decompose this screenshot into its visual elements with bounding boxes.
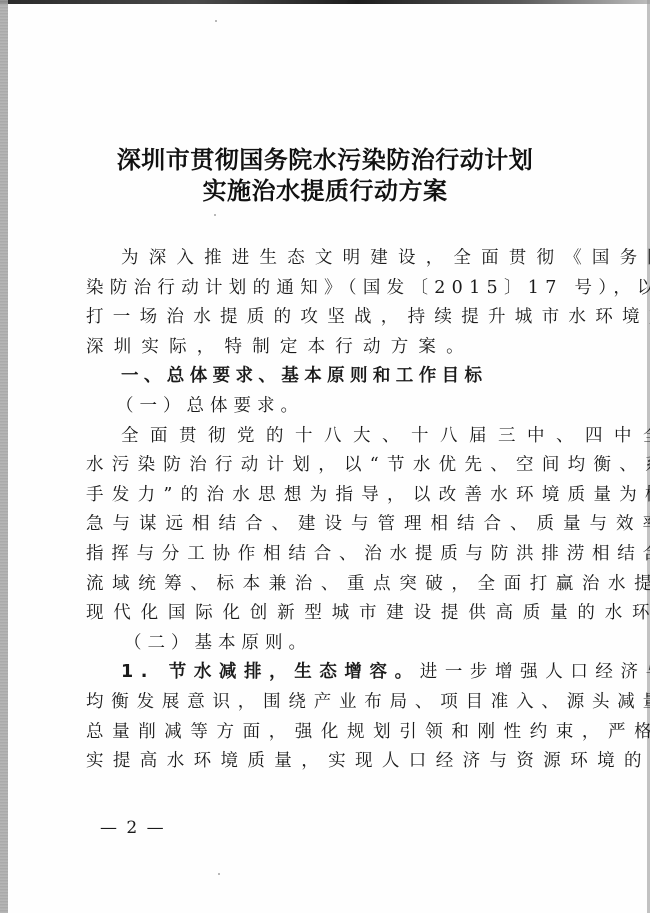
page-number: — 2 — [100, 818, 166, 838]
principle-1-title: 1. 节水减排，生态增容。 [121, 662, 420, 682]
intro-paragraph-line: 打一场治水提质的攻坚战，持续提升城市水环境支撑能力，结合 [86, 303, 564, 333]
subsection-1-paragraph-line: 指挥与分工协作相结合、治水提质与防洪排涝相结合，市区联动、 [86, 540, 564, 570]
intro-paragraph-line: 染防治行动计划的通知》（国发〔2015〕17 号），以超常规举措 [86, 274, 564, 304]
principle-1-line: 均衡发展意识，围绕产业布局、项目准入、源头减量、过程控制、 [86, 688, 564, 718]
principle-1-text: 进一步增强人口经济与资源环境 [420, 662, 650, 682]
subsection-1-paragraph-line: 现代化国际化创新型城市建设提供高质量的水环境保障。 [86, 599, 564, 629]
principle-1-line: 实提高水环境质量，实现人口经济与资源环境的协调发展。 [86, 747, 564, 777]
document-title-line-1: 深圳市贯彻国务院水污染防治行动计划 [0, 145, 650, 175]
principle-1-line: 总量削减等方面，强化规划引领和刚性约束，严格环保审批，切 [86, 718, 564, 748]
subsection-heading-general-requirements: （一）总体要求。 [86, 392, 564, 422]
subsection-1-paragraph-line: 流域统筹、标本兼治、重点突破，全面打赢治水提质攻坚战，为 [86, 570, 564, 600]
scan-border-left [0, 0, 8, 913]
subsection-heading-basic-principles: （二）基本原则。 [86, 629, 564, 659]
scan-border-top [0, 0, 650, 4]
intro-paragraph-line: 为深入推进生态文明建设，全面贯彻《国务院关于印发水污 [86, 244, 564, 274]
scan-speck [215, 20, 217, 22]
subsection-1-paragraph-line: 急与谋远相结合、建设与管理相结合、质量与效率相结合、统一 [86, 510, 564, 540]
subsection-1-paragraph-line: 水污染防治行动计划，以“节水优先、空间均衡、系统治理、两 [86, 451, 564, 481]
scanned-document-page: 深圳市贯彻国务院水污染防治行动计划 实施治水提质行动方案 为深入推进生态文明建设… [0, 0, 650, 913]
document-title-line-2: 实施治水提质行动方案 [0, 176, 650, 206]
subsection-1-paragraph-line: 手发力”的治水思想为指导，以改善水环境质量为核心，坚持应 [86, 481, 564, 511]
scan-speck [625, 525, 627, 527]
intro-paragraph-line: 深圳实际，特制定本行动方案。 [86, 333, 564, 363]
subsection-1-paragraph-line: 全面贯彻党的十八大、十八届三中、四中全会精神和国务院 [86, 422, 564, 452]
section-heading-1: 一、总体要求、基本原则和工作目标 [86, 362, 564, 392]
scan-speck [218, 873, 220, 875]
principle-1-line: 1. 节水减排，生态增容。进一步增强人口经济与资源环境 [86, 658, 564, 688]
document-body: 为深入推进生态文明建设，全面贯彻《国务院关于印发水污 染防治行动计划的通知》（国… [86, 244, 564, 777]
scan-speck [214, 214, 216, 216]
